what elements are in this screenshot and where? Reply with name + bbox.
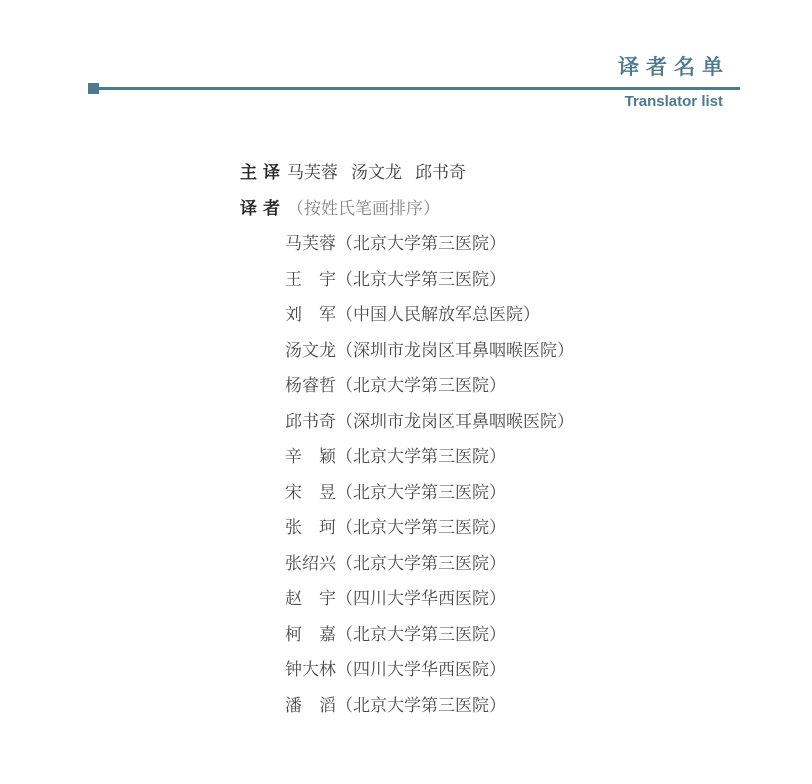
chief-translators-label: 主译 — [240, 155, 280, 191]
translator-entry-row: 赵 宇（四川大学华西医院） — [240, 581, 574, 617]
translator-name: 马芙蓉 — [285, 226, 336, 262]
translator-entry-row: 汤文龙（深圳市龙岗区耳鼻咽喉医院） — [240, 333, 574, 369]
page-title-cn: 译者名单 — [618, 55, 730, 80]
translator-name: 张绍兴 — [285, 546, 336, 582]
translator-affiliation: （北京大学第三医院） — [336, 234, 506, 253]
translator-entry-row: 刘 军（中国人民解放军总医院） — [240, 297, 574, 333]
chief-translators-row: 主译马芙蓉汤文龙邱书奇 — [240, 155, 574, 191]
translators-header-row: 译者（按姓氏笔画排序） — [240, 191, 574, 227]
translator-name: 王 宇 — [285, 262, 336, 298]
translator-entry-row: 王 宇（北京大学第三医院） — [240, 262, 574, 298]
translator-entry-row: 宋 昱（北京大学第三医院） — [240, 475, 574, 511]
page-title-en: Translator list — [625, 93, 723, 110]
chief-translator-name: 邱书奇 — [415, 163, 466, 182]
translator-name: 刘 军 — [285, 297, 336, 333]
translator-content: 主译马芙蓉汤文龙邱书奇 译者（按姓氏笔画排序） 马芙蓉（北京大学第三医院） 王 … — [240, 155, 574, 723]
translator-affiliation: （北京大学第三医院） — [336, 483, 506, 502]
translator-affiliation: （中国人民解放军总医院） — [336, 305, 540, 324]
translator-list: 马芙蓉（北京大学第三医院） 王 宇（北京大学第三医院） 刘 军（中国人民解放军总… — [240, 226, 574, 723]
translator-affiliation: （北京大学第三医院） — [336, 554, 506, 573]
translators-label: 译者 — [240, 191, 280, 227]
translator-entry-row: 杨睿哲（北京大学第三医院） — [240, 368, 574, 404]
header-accent-square — [88, 83, 99, 94]
translator-affiliation: （北京大学第三医院） — [336, 518, 506, 537]
translator-affiliation: （四川大学华西医院） — [336, 660, 506, 679]
translator-affiliation: （深圳市龙岗区耳鼻咽喉医院） — [336, 412, 574, 431]
translator-affiliation: （北京大学第三医院） — [336, 270, 506, 289]
translator-name: 柯 嘉 — [285, 617, 336, 653]
translator-entry-row: 张 珂（北京大学第三医院） — [240, 510, 574, 546]
translator-affiliation: （深圳市龙岗区耳鼻咽喉医院） — [336, 341, 574, 360]
translator-name: 潘 滔 — [285, 688, 336, 724]
translator-affiliation: （北京大学第三医院） — [336, 376, 506, 395]
translator-name: 钟大林 — [285, 652, 336, 688]
translator-name: 赵 宇 — [285, 581, 336, 617]
translator-name: 汤文龙 — [285, 333, 336, 369]
translator-entry-row: 辛 颖（北京大学第三医院） — [240, 439, 574, 475]
translator-affiliation: （北京大学第三医院） — [336, 447, 506, 466]
header-rule — [99, 87, 740, 90]
translator-name: 邱书奇 — [285, 404, 336, 440]
chief-translator-name: 汤文龙 — [351, 163, 402, 182]
chief-translators-names: 马芙蓉汤文龙邱书奇 — [287, 163, 466, 182]
translator-entry-row: 钟大林（四川大学华西医院） — [240, 652, 574, 688]
translator-entry-row: 张绍兴（北京大学第三医院） — [240, 546, 574, 582]
translator-name: 张 珂 — [285, 510, 336, 546]
translator-affiliation: （北京大学第三医院） — [336, 696, 506, 715]
translator-affiliation: （北京大学第三医院） — [336, 625, 506, 644]
translator-entry-row: 潘 滔（北京大学第三医院） — [240, 688, 574, 724]
translator-entry-row: 柯 嘉（北京大学第三医院） — [240, 617, 574, 653]
sort-order-note: （按姓氏笔画排序） — [287, 199, 440, 218]
translator-name: 辛 颖 — [285, 439, 336, 475]
translator-entry-row: 邱书奇（深圳市龙岗区耳鼻咽喉医院） — [240, 404, 574, 440]
translator-affiliation: （四川大学华西医院） — [336, 589, 506, 608]
chief-translator-name: 马芙蓉 — [287, 163, 338, 182]
translator-name: 杨睿哲 — [285, 368, 336, 404]
translator-entry-row: 马芙蓉（北京大学第三医院） — [240, 226, 574, 262]
translator-name: 宋 昱 — [285, 475, 336, 511]
